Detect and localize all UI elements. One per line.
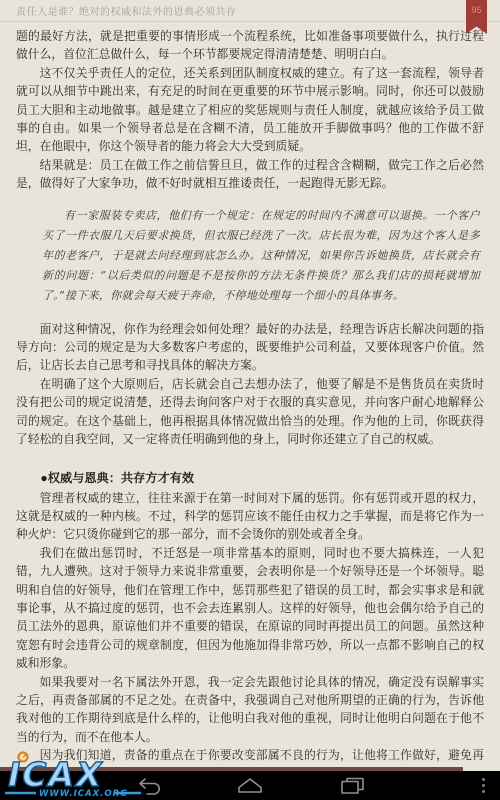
- chapter-title: 责任人是谁？绝对的权威和法外的恩典必须共存: [16, 3, 237, 18]
- paragraph: 如果我要对一名下属法外开恩，我一定会先跟他讨论具体的情况，确定没有误解事实之后，…: [16, 673, 484, 747]
- recents-button[interactable]: [324, 771, 380, 800]
- ebook-reader-screen: 责任人是谁？绝对的权威和法外的恩典必须共存 95 题的最好方法，就是把重要的事情…: [0, 0, 500, 800]
- paragraph: 面对这种情况，你作为经理会如何处理？最好的办法是，经理告诉店长解决问题的指导方向…: [16, 320, 484, 375]
- paragraph: 题的最好方法，就是把重要的事情形成一个流程系统，比如准备事项要做什么，执行过程做…: [16, 27, 484, 64]
- back-button[interactable]: [122, 771, 178, 800]
- android-navbar: [0, 771, 500, 800]
- reading-page[interactable]: 责任人是谁？绝对的权威和法外的恩典必须共存 95 题的最好方法，就是把重要的事情…: [0, 0, 500, 771]
- page-content: 题的最好方法，就是把重要的事情形成一个流程系统，比如准备事项要做什么，执行过程做…: [0, 22, 500, 783]
- home-button[interactable]: [222, 771, 278, 800]
- home-icon: [237, 775, 263, 797]
- overflow-menu-button[interactable]: [466, 771, 500, 800]
- overflow-menu-icon: [482, 778, 485, 793]
- paragraph: 管理者权威的建立，往往来源于在第一时间对下属的惩罚。你有惩罚或开恩的权力，这就是…: [16, 489, 484, 544]
- chapter-header: 责任人是谁？绝对的权威和法外的恩典必须共存: [0, 0, 500, 22]
- recents-icon: [339, 775, 365, 797]
- paragraph: 这不仅关乎责任人的定位，还关系到团队制度权威的建立。有了这一套流程，领导者就可以…: [16, 64, 484, 156]
- quote-paragraph: 有一家服装专卖店，他们有一个规定：在规定的时间内不满意可以退换。一个客户买了一件…: [42, 206, 480, 306]
- paragraph: 结果就是：员工在做工作之前信誓旦旦，做工作的过程含含糊糊，做完工作之后必然是，做…: [16, 156, 484, 193]
- section-heading: ●权威与恩典：共存方才有效: [16, 469, 484, 487]
- back-icon: [137, 775, 163, 797]
- page-number: 95: [471, 5, 481, 15]
- paragraph: 我们在做出惩罚时，不迁怒是一项非常基本的原则，同时也不要大搞株连，一人犯错，九人…: [16, 544, 484, 673]
- paragraph: 在明确了这个大原则后，店长就会自己去想办法了，他要了解是不是售货员在卖货时没有把…: [16, 375, 484, 449]
